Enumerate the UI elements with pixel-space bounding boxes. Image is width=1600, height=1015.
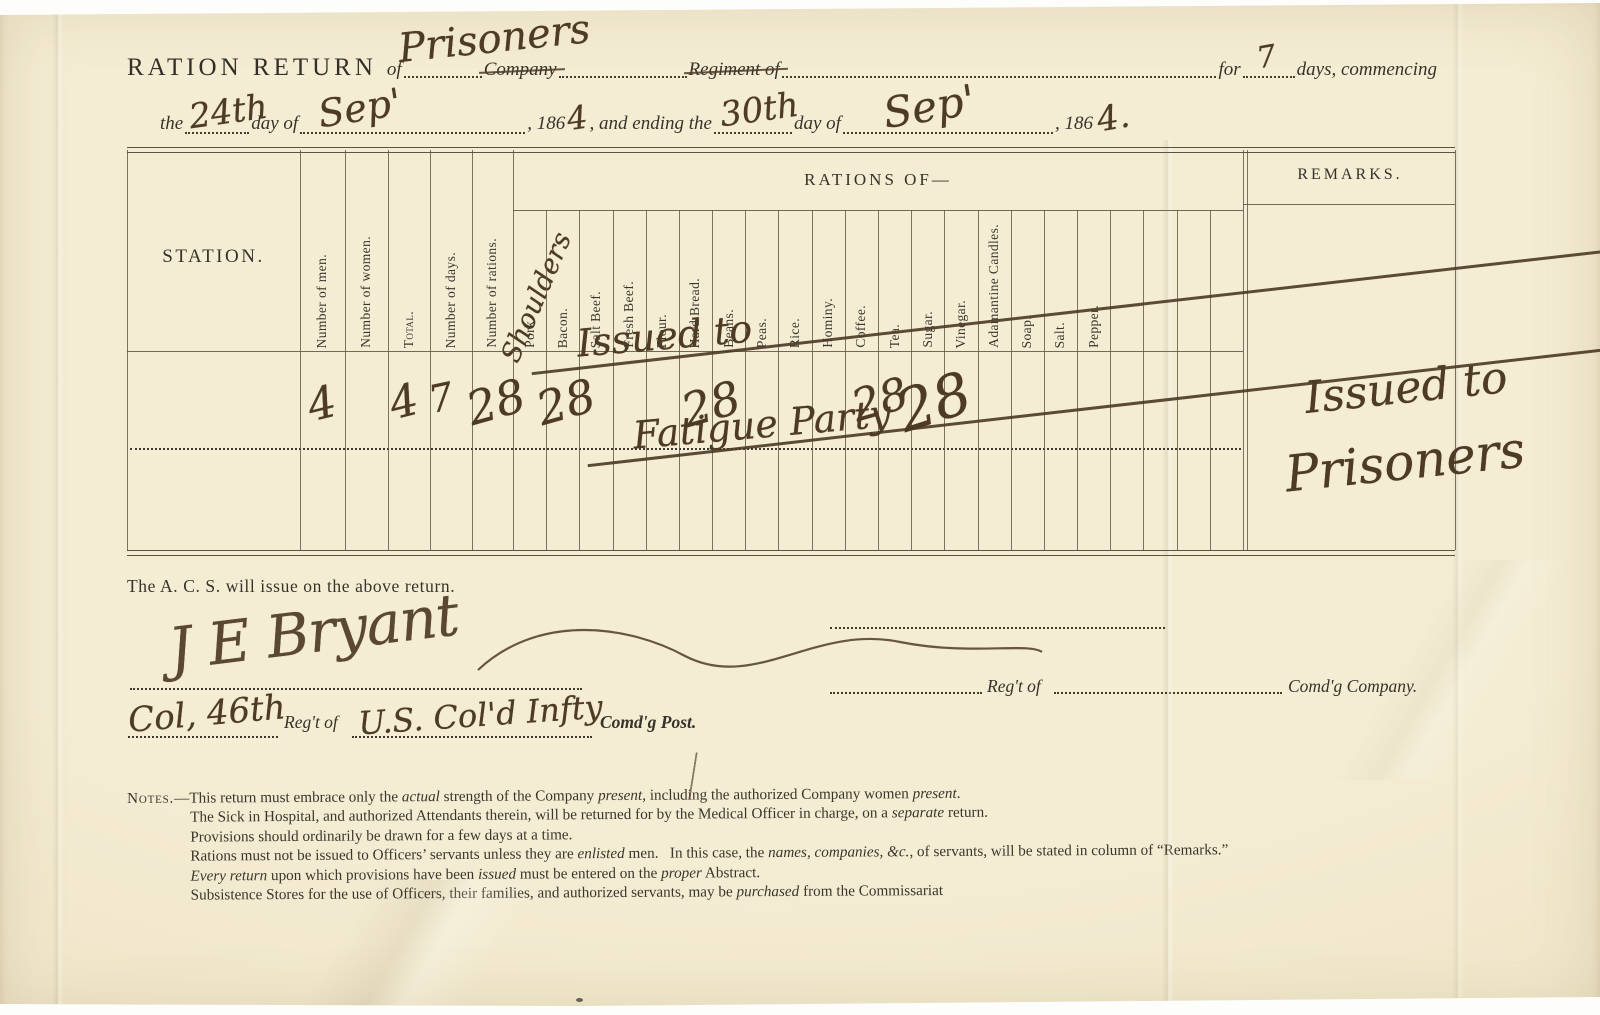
note-segment: Notes. <box>127 790 174 807</box>
right-regt-of-label: Reg't of <box>987 676 1041 697</box>
note-segment: present <box>598 787 642 804</box>
end-day-blank: 30th <box>714 126 792 134</box>
note-segment: issued <box>478 865 516 882</box>
ration-column-header-label: Bacon. <box>556 308 570 348</box>
note-segment: from the Commissariat <box>799 882 943 900</box>
remarks-header-divider <box>1243 204 1455 205</box>
cell-value-pork-bacon: 28 <box>530 368 601 436</box>
for-label: for <box>1218 59 1240 81</box>
left-column-header: Number of days. <box>430 162 472 352</box>
note-segment: proper <box>661 864 702 881</box>
left-column-header-label: Total. <box>402 311 416 348</box>
note-segment: , of servants, will be stated in column … <box>909 841 1228 860</box>
note-segment: Rations must not be issued to Officers’ … <box>190 845 577 864</box>
paper-crease <box>1280 560 1600 780</box>
left-column-header: Number of men. <box>300 162 345 352</box>
note-segment: men. In this case, the <box>625 844 769 862</box>
remarks-column-header: REMARKS. <box>1245 166 1455 184</box>
year-printed: , 186 <box>1055 113 1093 135</box>
right-name-dotted-line <box>830 692 982 694</box>
left-column-header-label: Number of days. <box>444 252 458 348</box>
note-segment: must be entered on the <box>516 864 661 882</box>
signature-dotted-line <box>130 688 582 690</box>
signature-flourish <box>470 606 1050 696</box>
note-segment: present <box>913 785 957 802</box>
rank-handwritten: Col, 46th <box>127 687 288 741</box>
note-segment: purchased <box>736 883 799 900</box>
blank-dotted-line <box>559 70 687 78</box>
left-column-header: Number of women. <box>345 162 388 352</box>
table-bottom-rule <box>127 550 1455 556</box>
regiment-label: Regiment of <box>689 59 780 81</box>
cell-value-number-of-men: 4 <box>302 376 342 432</box>
note-segment: , including the authorized Company women <box>642 785 912 804</box>
note-segment: strength of the Company <box>440 787 598 805</box>
note-segment: return. <box>944 804 988 821</box>
start-year-digit-handwritten: 4 <box>565 98 590 138</box>
note-segment: —This return must embrace only the <box>174 788 402 806</box>
form-title: RATION RETURN <box>127 54 377 82</box>
station-column-header: STATION. <box>127 246 300 268</box>
note-segment: Abstract. <box>702 864 760 881</box>
blank-dotted-line <box>404 70 482 78</box>
regt-of-label: Reg't of <box>284 712 338 733</box>
note-segment: upon which provisions have been <box>267 865 478 883</box>
ration-column-header-label: Pork. <box>523 317 537 348</box>
note-line: Provisions should ordinarily be drawn fo… <box>190 826 572 846</box>
notes-block: Notes.—This return must embrace only the… <box>0 0 1595 1</box>
note-segment: Provisions should ordinarily be drawn fo… <box>190 826 572 845</box>
the-label: the <box>160 113 183 135</box>
note-segment: Every return <box>190 867 267 884</box>
cell-value-total: 4 <box>384 374 424 430</box>
days-commencing-label: days, commencing <box>1297 59 1437 81</box>
note-segment: separate <box>892 804 944 821</box>
blank-dotted-line <box>782 70 1217 78</box>
start-day-blank: 24th <box>185 126 249 134</box>
ration-column-header: Bacon. <box>546 214 579 351</box>
table-vertical-rule <box>1247 150 1248 550</box>
year-printed: , 186 <box>527 113 565 135</box>
right-regiment-dotted-line <box>1054 692 1282 694</box>
ration-column-header: Adamantine Candles. <box>978 214 1011 351</box>
start-month-blank: Sep' <box>300 126 525 134</box>
comdg-post-label: Comd'g Post. <box>600 712 696 733</box>
note-segment: The Sick in Hospital, and authorized Att… <box>190 805 892 826</box>
note-line: Subsistence Stores for the use of Office… <box>191 882 944 905</box>
left-column-header-label: Number of rations. <box>485 238 499 348</box>
scan-background: RATION RETURN of Company Regiment of for… <box>0 0 1600 1015</box>
ration-column-header: Pork. <box>513 214 546 351</box>
left-column-header-label: Number of men. <box>315 254 329 348</box>
left-column-header: Total. <box>388 162 430 352</box>
end-year-digit-handwritten: 4. <box>1094 95 1133 140</box>
and-ending-label: , and ending the <box>590 113 712 135</box>
note-segment: names, companies, &c. <box>768 843 909 861</box>
note-segment: Subsistence Stores for the use of Office… <box>191 883 737 903</box>
right-dotted-line <box>830 627 1165 629</box>
right-comdg-company-label: Comd'g Company. <box>1288 676 1417 697</box>
ration-column-header-label: Salt. <box>1053 322 1067 348</box>
end-month-handwritten: Sep' <box>880 75 979 138</box>
note-segment: enlisted <box>577 845 624 862</box>
company-label: Company <box>484 59 557 81</box>
header-line-2: the 24th day of Sep' , 186 4 , and endin… <box>160 98 1295 138</box>
ink-speck <box>576 998 583 1002</box>
ration-return-form: RATION RETURN of Company Regiment of for… <box>0 0 1600 1015</box>
days-count-handwritten: 7 <box>1254 39 1279 77</box>
regiment-handwritten: U.S. Col'd Infty <box>357 688 604 743</box>
table-top-rule <box>127 147 1455 153</box>
remarks-handwritten: Prisoners <box>1282 421 1527 504</box>
paper-crease <box>52 0 64 1015</box>
note-segment: actual <box>402 788 440 805</box>
days-blank: 7 <box>1243 70 1295 78</box>
left-column-header: Number of rations. <box>472 162 513 352</box>
end-month-blank: Sep' <box>843 126 1053 134</box>
table-vertical-rule <box>1243 150 1244 550</box>
end-day-handwritten: 30th <box>718 85 802 136</box>
rations-of-group-header: RATIONS OF— <box>513 170 1243 190</box>
rank-dotted-line <box>128 736 278 738</box>
note-segment: . <box>957 785 961 802</box>
header-line-1: RATION RETURN of Company Regiment of for… <box>127 54 1437 82</box>
note-line: Every return upon which provisions have … <box>190 864 760 885</box>
start-month-handwritten: Sep' <box>315 80 404 136</box>
note-line: The Sick in Hospital, and authorized Att… <box>190 804 988 827</box>
table-vertical-rule <box>127 150 128 550</box>
left-column-header-label: Number of women. <box>359 236 373 348</box>
